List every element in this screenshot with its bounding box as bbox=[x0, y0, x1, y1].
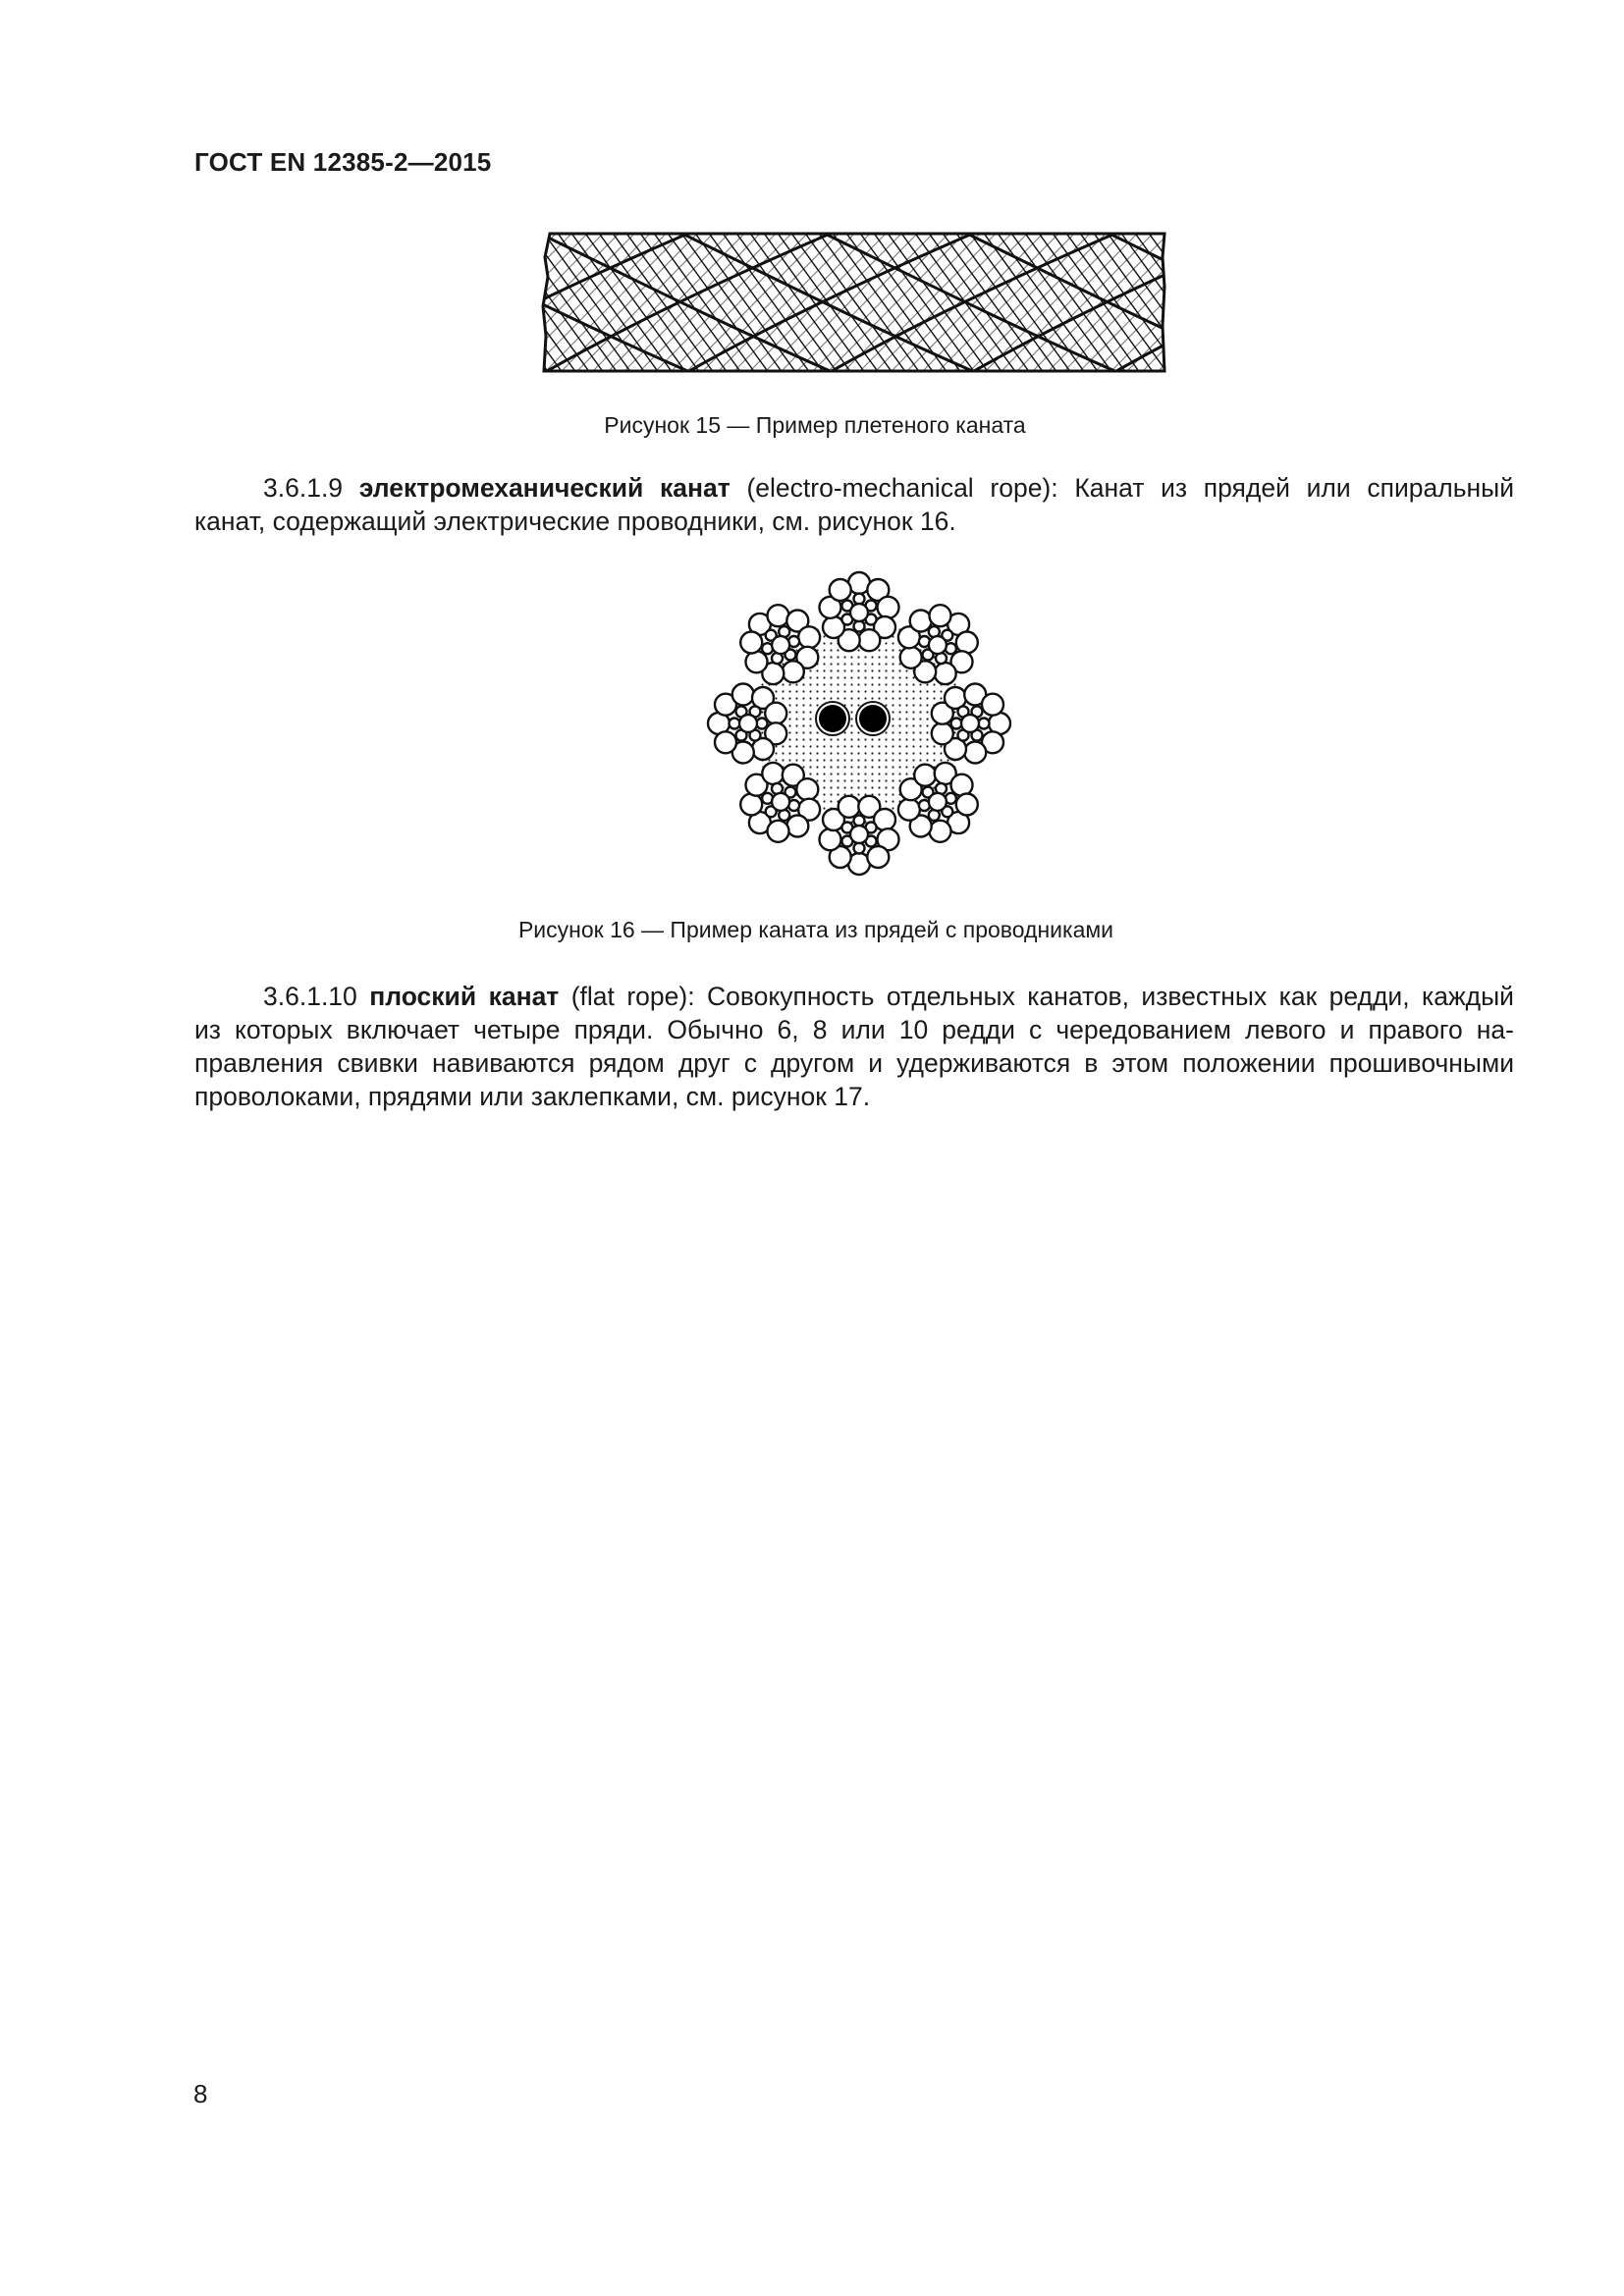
term: плоский канат bbox=[369, 982, 559, 1011]
document-header: ГОСТ EN 12385-2—2015 bbox=[194, 147, 491, 178]
section-number: 3.6.1.10 bbox=[263, 982, 357, 1011]
term-en: (flat rope) bbox=[571, 982, 687, 1011]
term: электромеханический канат bbox=[359, 473, 731, 503]
term-en: (electro-mechanical rope) bbox=[746, 473, 1051, 503]
figure-15-braided-rope bbox=[540, 228, 1173, 377]
definition-3-6-1-9: 3.6.1.9 электромеханический канат (elect… bbox=[194, 471, 1514, 538]
figure-15-caption: Рисунок 15 — Пример плетеного каната bbox=[3, 412, 1624, 439]
definition-3-6-1-10: 3.6.1.10 плоский канат (flat rope): Сово… bbox=[194, 980, 1514, 1113]
figure-16-caption: Рисунок 16 — Пример каната из прядей с п… bbox=[4, 917, 1624, 943]
page-number: 8 bbox=[193, 2079, 207, 2109]
section-number: 3.6.1.9 bbox=[263, 473, 343, 503]
figure-16-rope-cross-section bbox=[697, 564, 1021, 888]
